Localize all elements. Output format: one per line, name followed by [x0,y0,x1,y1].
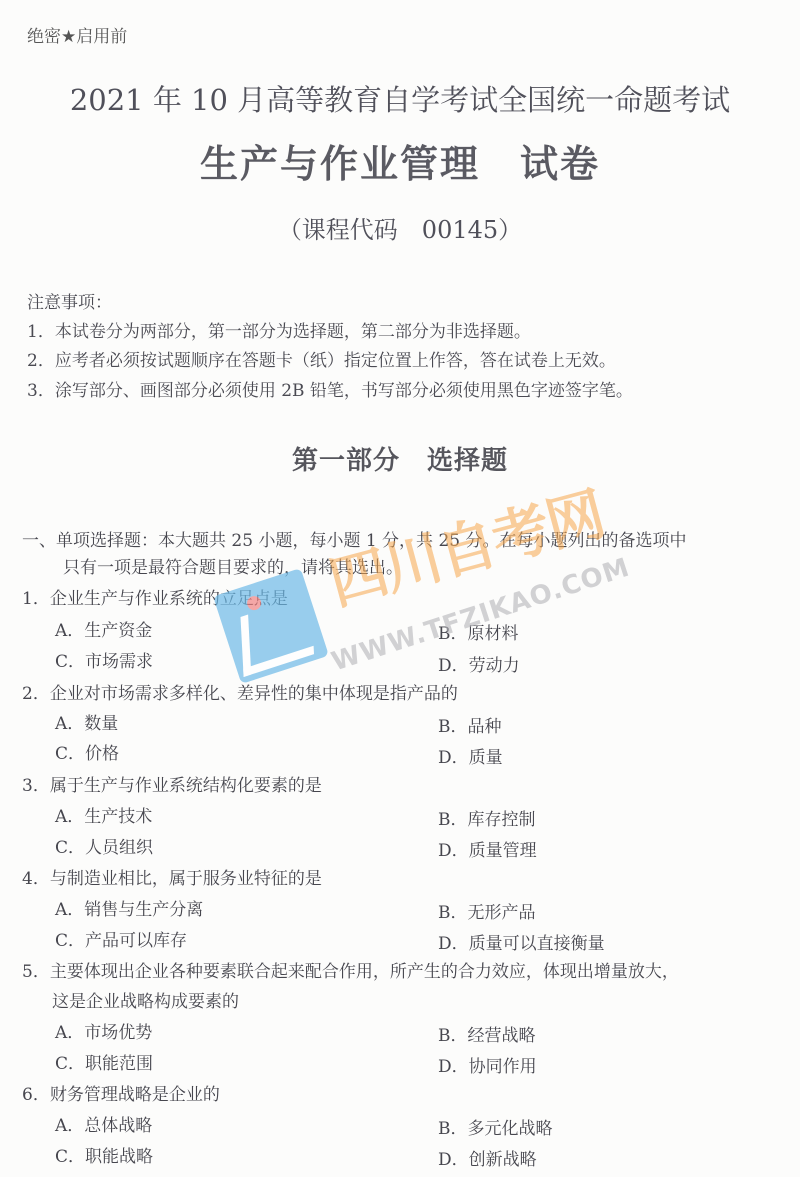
option-a: A．生产技术 [55,802,152,827]
note-item: 1．本试卷分为两部分，第一部分为选择题，第二部分为非选择题。 [27,317,531,342]
section-instruction: 一、单项选择题：本大题共 25 小题，每小题 1 分，共 25 分。在每小题列出… [22,526,687,551]
option-b: B．多元化战略 [438,1114,553,1139]
question-stem: 5．主要体现出企业各种要素联合起来配合作用，所产生的合力效应，体现出增量放大， [22,957,679,982]
option-c: C．职能战略 [55,1142,153,1167]
option-d: D．劳动力 [438,651,520,676]
section-instruction-cont: 只有一项是最符合题目要求的，请将其选出。 [63,553,403,578]
option-b: B．库存控制 [438,805,536,830]
option-c: C．人员组织 [55,833,153,858]
option-a: A．数量 [55,709,118,734]
option-c: C．市场需求 [55,647,153,672]
note-item: 3．涂写部分、画图部分必须使用 2B 铅笔，书写部分必须使用黑色字迹签字笔。 [27,376,633,401]
question-stem: 1．企业生产与作业系统的立足点是 [22,584,288,609]
option-d: D．质量 [438,743,503,768]
question-stem-cont: 这是企业战略构成要素的 [52,987,239,1012]
question-stem: 4．与制造业相比，属于服务业特征的是 [22,864,322,889]
question-stem: 2．企业对市场需求多样化、差异性的集中体现是指产品的 [22,679,458,704]
question-stem: 3．属于生产与作业系统结构化要素的是 [22,771,322,796]
option-b: B．品种 [438,712,502,737]
option-d: D．创新战略 [438,1145,537,1170]
notes-heading: 注意事项： [27,288,112,313]
option-a: A．市场优势 [55,1018,152,1043]
option-b: B．无形产品 [438,898,536,923]
option-b: B．原材料 [438,619,519,644]
question-stem: 6．财务管理战略是企业的 [22,1080,220,1105]
option-d: D．质量管理 [438,836,537,861]
option-d: D．质量可以直接衡量 [438,929,605,954]
option-a: A．总体战略 [55,1111,152,1136]
subject-title: 生产与作业管理 试卷 [0,133,800,188]
option-c: C．价格 [55,739,119,764]
option-a: A．生产资金 [55,616,152,641]
option-b: B．经营战略 [438,1021,536,1046]
part-one-title: 第一部分 选择题 [0,440,800,477]
confidential-label: 绝密★启用前 [27,22,127,47]
exam-title: 2021 年 10 月高等教育自学考试全国统一命题考试 [0,78,800,119]
option-a: A．销售与生产分离 [55,895,203,920]
option-c: C．产品可以库存 [55,926,187,951]
course-code: （课程代码 00145） [0,210,800,245]
note-item: 2．应考者必须按试题顺序在答题卡（纸）指定位置上作答，答在试卷上无效。 [27,346,616,371]
option-d: D．协同作用 [438,1052,537,1077]
option-c: C．职能范围 [55,1049,153,1074]
